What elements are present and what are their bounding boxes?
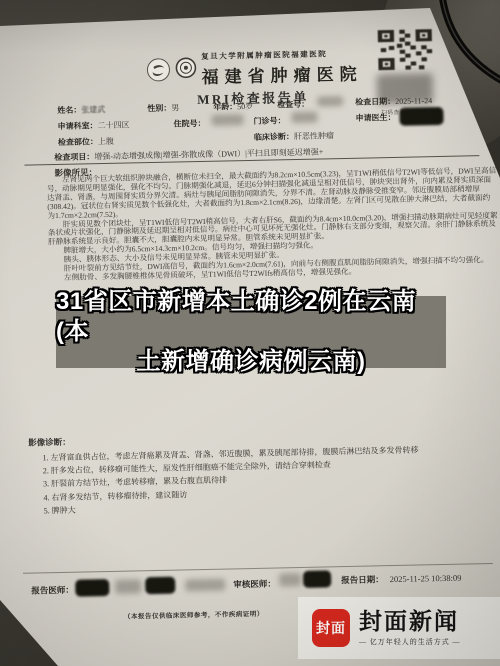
hospital-logo-crescent-icon	[146, 58, 170, 82]
report-date-field: 报告日期：2025-11-25 10:38:09	[341, 572, 461, 587]
photo: 复旦大学附属肿瘤医院福建医院 福建省肿瘤医院 MRI检查报告单 扫码查看云影像	[0, 0, 500, 666]
review-doctor-redaction	[279, 573, 301, 586]
report-doctor-redaction	[75, 579, 109, 597]
review-doctor-field: 审核医师：	[233, 578, 276, 591]
review-doctor-redaction	[303, 570, 331, 588]
field-inpatient-no: 住院号：	[173, 118, 205, 130]
headline-line1: 31省区市新增本土确诊2例在云南(本	[56, 287, 446, 347]
outpatient-no-redaction	[291, 112, 317, 124]
news-headline-overlay: 31省区市新增本土确诊2例在云南(本 土新增确诊病例云南)	[56, 296, 446, 368]
patient-name: 张建武	[81, 105, 105, 115]
field-outpatient-no: 门诊号：	[253, 115, 285, 127]
report-doctor-field: 报告医师：	[31, 584, 74, 597]
news-brand-strip: 封面 封面新闻 — 亿万年轻人的生活方式 —	[298, 597, 500, 659]
report-doctor-redaction	[185, 579, 225, 592]
disclaimer-text: （本报告仅供临床医师参考，不作疾病证明）	[124, 609, 264, 621]
field-body-part: 检查部位：上腹	[58, 136, 114, 148]
report-header: 复旦大学附属肿瘤医院福建医院 福建省肿瘤医院	[146, 48, 363, 90]
inpatient-no-redaction	[211, 114, 243, 126]
field-gender: 性别：男	[147, 102, 179, 114]
req-doctor-redaction	[399, 107, 443, 126]
field-dept: 申请科室：二十四区	[58, 119, 130, 132]
field-exam-date: 检查日期：2025-11-24	[355, 95, 432, 108]
findings-body: 左肾见两个巨大软组织肿块融合，横断位未扫全，最大截面约为8.2cm×10.5cm…	[47, 167, 499, 283]
diagnosis-label: 影像诊断：	[28, 436, 71, 449]
cover-news-app-icon: 封面	[312, 609, 350, 647]
report-doctor-redaction	[115, 579, 141, 594]
field-exam-no: 检查号：	[277, 99, 309, 111]
exam-no-redaction	[317, 96, 343, 107]
diagnosis-list: 1. 左肾富血供占位，考虑左肾癌累及肾盂、肾盏、邻近腹膜，累及胰尾部待排，腹膜后…	[42, 442, 491, 517]
report-doctor-redaction	[145, 577, 175, 595]
field-age: 年龄：50岁	[213, 101, 253, 113]
headline-line2: 土新增确诊病例云南)	[137, 347, 366, 377]
field-name: 姓名：张建武	[57, 104, 105, 116]
field-clinical-dx: 临床诊断：肝恶性肿瘤	[254, 130, 334, 143]
hospital-logo-seal-icon	[175, 57, 196, 78]
field-req-doctor: 申请医生：	[355, 112, 395, 124]
qr-code-icon	[378, 29, 433, 70]
cover-news-name: 封面新闻	[359, 609, 461, 634]
hospital-name-large: 福建省肿瘤医院	[201, 60, 362, 88]
cover-news-tagline: — 亿万年轻人的生活方式 —	[359, 637, 461, 647]
